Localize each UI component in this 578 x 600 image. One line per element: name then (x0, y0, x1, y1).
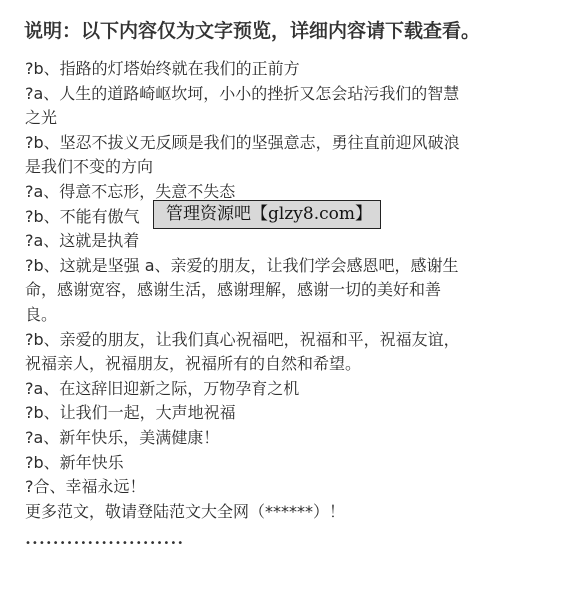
text-line: 良。 (25, 303, 555, 328)
text-line: ?b、坚忍不拔义无反顾是我们的坚强意志，勇往直前迎风破浪 (25, 131, 555, 156)
document-body: ?b、指路的灯塔始终就在我们的正前方 ?a、人生的道路崎岖坎坷，小小的挫折又怎会… (25, 57, 555, 524)
text-line: ?a、在这辞旧迎新之际，万物孕育之机 (25, 377, 555, 402)
text-line: 更多范文，敬请登陆范文大全网（******）！ (25, 500, 555, 525)
text-line: 祝福亲人，祝福朋友，祝福所有的自然和希望。 (25, 352, 555, 377)
text-line: ?合、幸福永远！ (25, 475, 555, 500)
text-line: ?a、人生的道路崎岖坎坷，小小的挫折又怎会玷污我们的智慧 (25, 82, 555, 107)
watermark-banner: 管理资源吧【glzy8.com】 (153, 200, 381, 229)
text-line: ?b、新年快乐 (25, 451, 555, 476)
text-line: 是我们不变的方向 (25, 155, 555, 180)
text-line: ?b、这就是坚强 a、亲爱的朋友，让我们学会感恩吧，感谢生 (25, 254, 555, 279)
preview-notice-heading: 说明：以下内容仅为文字预览，详细内容请下载查看。 (24, 16, 480, 43)
text-line: ?b、指路的灯塔始终就在我们的正前方 (25, 57, 555, 82)
dotted-separator: ••••••••••••••••••••••• (25, 538, 184, 549)
text-line: ?a、这就是执着 (25, 229, 555, 254)
text-line: ?b、亲爱的朋友，让我们真心祝福吧，祝福和平，祝福友谊， (25, 328, 555, 353)
text-line: ?b、让我们一起，大声地祝福 (25, 401, 555, 426)
text-line: ?a、新年快乐，美满健康！ (25, 426, 555, 451)
text-line: 之光 (25, 106, 555, 131)
text-line: 命，感谢宽容，感谢生活，感谢理解，感谢一切的美好和善 (25, 278, 555, 303)
